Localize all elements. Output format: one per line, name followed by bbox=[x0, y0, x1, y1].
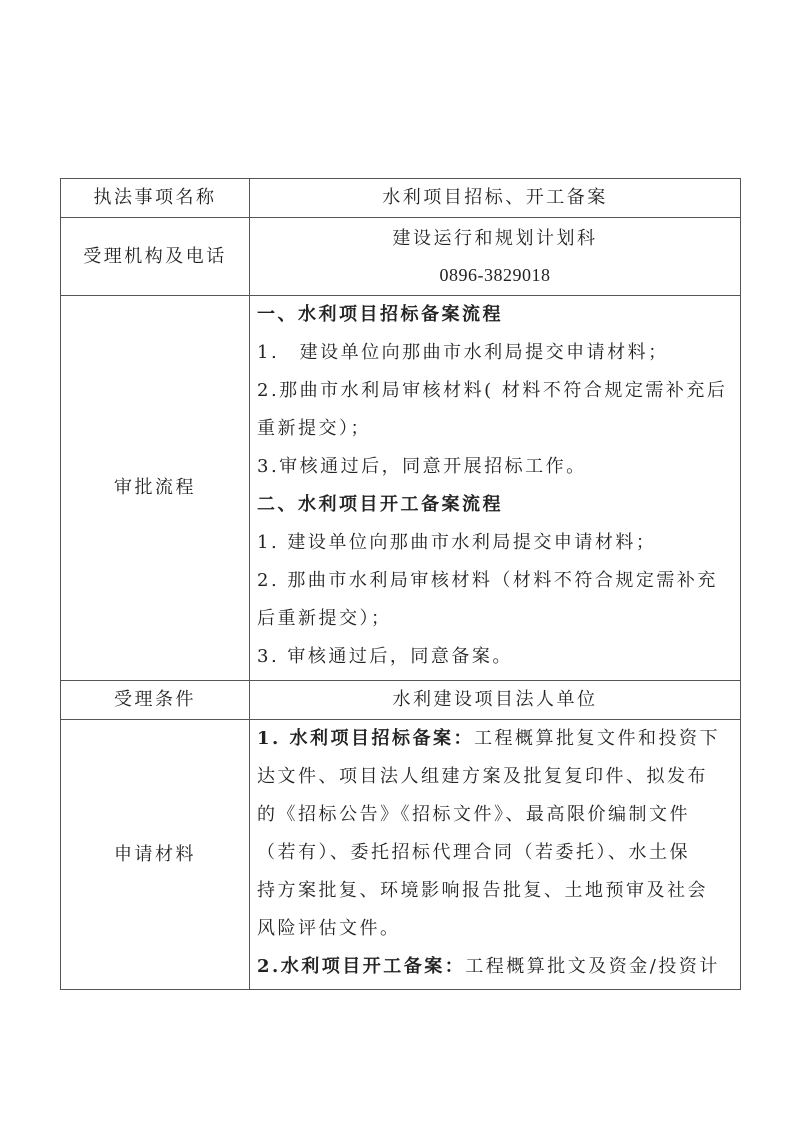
table-row-application-materials: 申请材料 1. 水利项目招标备案：工程概算批复文件和投资下 达文件、项目法人组建… bbox=[61, 720, 741, 990]
value-item-name: 水利项目招标、开工备案 bbox=[250, 179, 741, 218]
table-row-item-name: 执法事项名称 水利项目招标、开工备案 bbox=[61, 179, 741, 218]
label-agency: 受理机构及电话 bbox=[61, 218, 250, 296]
materials-item-title: 1. 水利项目招标备案： bbox=[257, 728, 474, 749]
document-page: 执法事项名称 水利项目招标、开工备案 受理机构及电话 建设运行和规划计划科 08… bbox=[0, 0, 793, 1122]
table-row-approval-process: 审批流程 一、水利项目招标备案流程 1. 建设单位向那曲市水利局提交申请材料； … bbox=[61, 296, 741, 681]
process-step: 重新提交）； bbox=[257, 410, 734, 448]
label-approval-process: 审批流程 bbox=[61, 296, 250, 681]
materials-text: 达文件、项目法人组建方案及批复复印件、拟发布 bbox=[257, 758, 734, 796]
process-step: 1. 建设单位向那曲市水利局提交申请材料； bbox=[257, 524, 734, 562]
process-heading: 二、水利项目开工备案流程 bbox=[257, 486, 734, 524]
label-item-name: 执法事项名称 bbox=[61, 179, 250, 218]
process-heading: 一、水利项目招标备案流程 bbox=[257, 296, 734, 334]
materials-content: 1. 水利项目招标备案：工程概算批复文件和投资下 达文件、项目法人组建方案及批复… bbox=[257, 720, 734, 989]
process-step: 2. 那曲市水利局审核材料（材料不符合规定需补充 bbox=[257, 562, 734, 600]
agency-name: 建设运行和规划计划科 bbox=[250, 221, 740, 257]
materials-text: 的《招标公告》《招标文件》、最高限价编制文件 bbox=[257, 796, 734, 834]
materials-text: 持方案批复、环境影响报告批复、土地预审及社会 bbox=[257, 872, 734, 910]
process-step: 后重新提交）； bbox=[257, 600, 734, 638]
value-approval-process: 一、水利项目招标备案流程 1. 建设单位向那曲市水利局提交申请材料； 2.那曲市… bbox=[250, 296, 741, 681]
materials-text: 工程概算批复文件和投资下 bbox=[474, 728, 720, 749]
materials-item-construction: 2.水利项目开工备案：工程概算批文及资金/投资计 bbox=[257, 948, 734, 986]
table-row-acceptance-condition: 受理条件 水利建设项目法人单位 bbox=[61, 681, 741, 720]
process-step: 1. 建设单位向那曲市水利局提交申请材料； bbox=[257, 334, 734, 372]
materials-text: （若有）、委托招标代理合同（若委托）、水土保 bbox=[257, 834, 734, 872]
materials-item-title: 2.水利项目开工备案： bbox=[257, 956, 465, 977]
enforcement-item-table: 执法事项名称 水利项目招标、开工备案 受理机构及电话 建设运行和规划计划科 08… bbox=[60, 178, 741, 990]
label-application-materials: 申请材料 bbox=[61, 720, 250, 990]
label-acceptance-condition: 受理条件 bbox=[61, 681, 250, 720]
process-section-bidding: 一、水利项目招标备案流程 1. 建设单位向那曲市水利局提交申请材料； 2.那曲市… bbox=[257, 296, 734, 486]
process-step: 2.那曲市水利局审核材料( 材料不符合规定需补充后 bbox=[257, 372, 734, 410]
value-application-materials: 1. 水利项目招标备案：工程概算批复文件和投资下 达文件、项目法人组建方案及批复… bbox=[250, 720, 741, 990]
process-step: 3.审核通过后，同意开展招标工作。 bbox=[257, 448, 734, 486]
agency-phone: 0896-3829018 bbox=[250, 257, 740, 293]
materials-text: 工程概算批文及资金/投资计 bbox=[465, 956, 720, 977]
value-agency: 建设运行和规划计划科 0896-3829018 bbox=[250, 218, 741, 296]
process-step: 3. 审核通过后，同意备案。 bbox=[257, 638, 734, 676]
process-section-construction: 二、水利项目开工备案流程 1. 建设单位向那曲市水利局提交申请材料； 2. 那曲… bbox=[257, 486, 734, 676]
materials-item-bidding: 1. 水利项目招标备案：工程概算批复文件和投资下 达文件、项目法人组建方案及批复… bbox=[257, 720, 734, 948]
value-acceptance-condition: 水利建设项目法人单位 bbox=[250, 681, 741, 720]
materials-text: 风险评估文件。 bbox=[257, 910, 734, 948]
table-row-agency: 受理机构及电话 建设运行和规划计划科 0896-3829018 bbox=[61, 218, 741, 296]
